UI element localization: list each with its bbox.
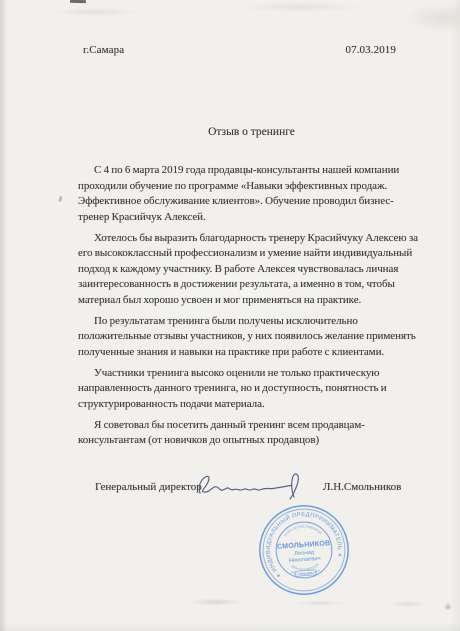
paragraph-1: С 4 по 6 марта 2019 года продавцы-консул… [78, 163, 425, 225]
handwritten-signature [193, 468, 329, 502]
letter-date: 07.03.2019 [346, 44, 397, 56]
city-date-row: г.Самара 07.03.2019 [83, 44, 396, 56]
letter-city: г.Самара [83, 44, 124, 56]
paragraph-3: По результатам тренинга были получены ис… [78, 314, 425, 361]
signature-name: Л.Н.Смольников [323, 481, 401, 493]
stamp-surname: СМОЛЬНИКОВ [277, 539, 331, 551]
signature-role: Генеральный директор [95, 481, 202, 493]
paragraph-2: Хотелось бы выразить благодарность трене… [78, 231, 425, 309]
scan-artifact-dash [70, 0, 86, 3]
paragraph-5: Я советовал бы посетить данный тренинг в… [78, 418, 425, 449]
letter-title: Отзыв о тренинге [78, 126, 425, 138]
round-stamp: ✶ ИНДИВИДУАЛЬНЫЙ ПРЕДПРИНИМАТЕЛЬ ✶ РОССИ… [253, 499, 355, 601]
paragraph-4: Участники тренинга высоко оценили не тол… [78, 366, 425, 413]
stamp-patronymic: Николаевич [289, 556, 321, 564]
scanned-letter-page: г.Самара 07.03.2019 Отзыв о тренинге С 4… [0, 0, 460, 631]
scan-artifact-mark [58, 196, 62, 202]
letter-body: С 4 по 6 марта 2019 года продавцы-консул… [78, 163, 425, 454]
